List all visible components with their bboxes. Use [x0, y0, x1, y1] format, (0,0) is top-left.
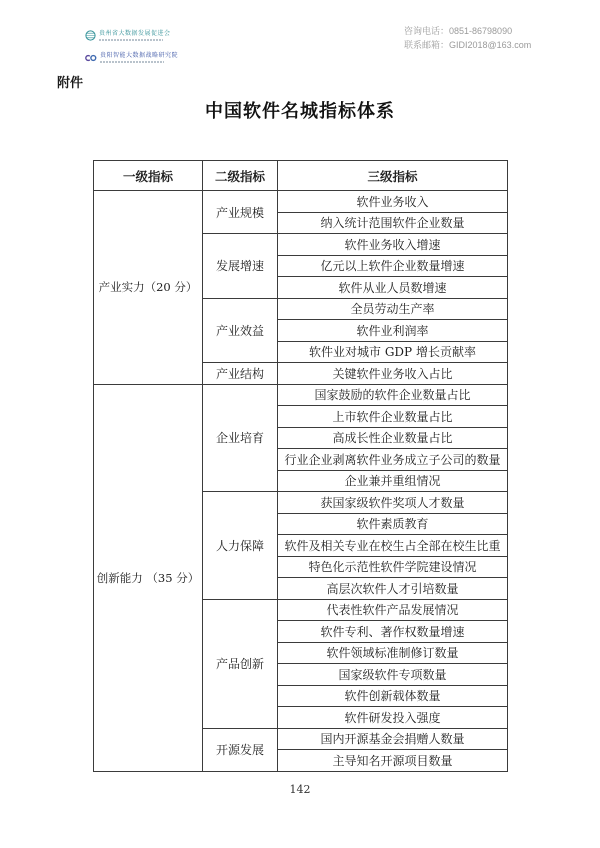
- level3-indicator-cell: 纳入统计范围软件企业数量: [278, 212, 508, 234]
- level3-indicator-cell: 软件及相关专业在校生占全部在校生比重: [278, 535, 508, 557]
- level2-indicator-cell: 产业结构: [203, 363, 278, 385]
- logo-row-2: 贵阳智能大数据战略研究院: [85, 48, 178, 67]
- column-header-3: 三级指标: [278, 161, 508, 191]
- organization-logos: 贵州省大数据发展促进会 贵阳智能大数据战略研究院: [85, 26, 178, 67]
- level3-indicator-cell: 软件专利、著作权数量增速: [278, 621, 508, 643]
- level3-indicator-cell: 代表性软件产品发展情况: [278, 599, 508, 621]
- level2-indicator-cell: 产业效益: [203, 298, 278, 363]
- globe-ring-logo-icon: [85, 26, 96, 45]
- table-row: 产业实力（20 分）产业规模软件业务收入: [94, 191, 508, 213]
- level2-indicator-cell: 发展增速: [203, 234, 278, 299]
- level2-indicator-cell: 人力保障: [203, 492, 278, 600]
- logo-row-1: 贵州省大数据发展促进会: [85, 26, 178, 45]
- logo-2-name: 贵阳智能大数据战略研究院: [100, 53, 178, 60]
- level3-indicator-cell: 高成长性企业数量占比: [278, 427, 508, 449]
- level3-indicator-cell: 软件从业人员数增速: [278, 277, 508, 299]
- logo-2-subtext: [100, 61, 164, 63]
- phone-label: 咨询电话：: [404, 26, 449, 36]
- level3-indicator-cell: 软件领域标准制修订数量: [278, 642, 508, 664]
- level3-indicator-cell: 主导知名开源项目数量: [278, 750, 508, 772]
- level3-indicator-cell: 软件创新载体数量: [278, 685, 508, 707]
- page-number: 142: [0, 783, 600, 796]
- level3-indicator-cell: 软件业对城市 GDP 增长贡献率: [278, 341, 508, 363]
- attachment-label: 附件: [57, 72, 83, 91]
- level3-indicator-cell: 获国家级软件奖项人才数量: [278, 492, 508, 514]
- level2-indicator-cell: 产品创新: [203, 599, 278, 728]
- level3-indicator-cell: 关键软件业务收入占比: [278, 363, 508, 385]
- level2-indicator-cell: 产业规模: [203, 191, 278, 234]
- level1-indicator-cell: 创新能力 （35 分）: [94, 384, 203, 771]
- level3-indicator-cell: 上市软件企业数量占比: [278, 406, 508, 428]
- contact-info: 咨询电话：0851-86798090 联系邮箱：GIDI2018@163.com: [404, 24, 531, 52]
- level1-indicator-cell: 产业实力（20 分）: [94, 191, 203, 385]
- level3-indicator-cell: 软件业利润率: [278, 320, 508, 342]
- column-header-2: 二级指标: [203, 161, 278, 191]
- level3-indicator-cell: 国家鼓励的软件企业数量占比: [278, 384, 508, 406]
- level3-indicator-cell: 企业兼并重组情况: [278, 470, 508, 492]
- table-header-row: 一级指标二级指标三级指标: [94, 161, 508, 191]
- logo-1-subtext: [99, 39, 163, 41]
- indicator-table-wrapper: 一级指标二级指标三级指标 产业实力（20 分）产业规模软件业务收入纳入统计范围软…: [93, 160, 508, 772]
- level2-indicator-cell: 企业培育: [203, 384, 278, 492]
- page-header: 贵州省大数据发展促进会 贵阳智能大数据战略研究院 咨询电: [0, 0, 600, 62]
- contact-phone: 咨询电话：0851-86798090: [404, 24, 531, 38]
- document-page: 贵州省大数据发展促进会 贵阳智能大数据战略研究院 咨询电: [0, 0, 600, 848]
- level3-indicator-cell: 行业企业剥离软件业务成立子公司的数量: [278, 449, 508, 471]
- logo-1-name: 贵州省大数据发展促进会: [99, 31, 171, 38]
- email-address: GIDI2018@163.com: [449, 40, 531, 50]
- contact-email: 联系邮箱：GIDI2018@163.com: [404, 38, 531, 52]
- phone-number: 0851-86798090: [449, 26, 512, 36]
- level3-indicator-cell: 高层次软件人才引培数量: [278, 578, 508, 600]
- email-label: 联系邮箱：: [404, 40, 449, 50]
- level3-indicator-cell: 软件素质教育: [278, 513, 508, 535]
- level3-indicator-cell: 全员劳动生产率: [278, 298, 508, 320]
- table-row: 创新能力 （35 分）企业培育国家鼓励的软件企业数量占比: [94, 384, 508, 406]
- page-title: 中国软件名城指标体系: [0, 97, 600, 123]
- level3-indicator-cell: 软件研发投入强度: [278, 707, 508, 729]
- level3-indicator-cell: 特色化示范性软件学院建设情况: [278, 556, 508, 578]
- level3-indicator-cell: 软件业务收入: [278, 191, 508, 213]
- level3-indicator-cell: 亿元以上软件企业数量增速: [278, 255, 508, 277]
- level3-indicator-cell: 软件业务收入增速: [278, 234, 508, 256]
- double-swirl-logo-icon: [85, 48, 97, 67]
- column-header-1: 一级指标: [94, 161, 203, 191]
- level3-indicator-cell: 国家级软件专项数量: [278, 664, 508, 686]
- level3-indicator-cell: 国内开源基金会捐赠人数量: [278, 728, 508, 750]
- level2-indicator-cell: 开源发展: [203, 728, 278, 771]
- table-header: 一级指标二级指标三级指标: [94, 161, 508, 191]
- table-body: 产业实力（20 分）产业规模软件业务收入纳入统计范围软件企业数量发展增速软件业务…: [94, 191, 508, 772]
- indicator-table: 一级指标二级指标三级指标 产业实力（20 分）产业规模软件业务收入纳入统计范围软…: [93, 160, 508, 772]
